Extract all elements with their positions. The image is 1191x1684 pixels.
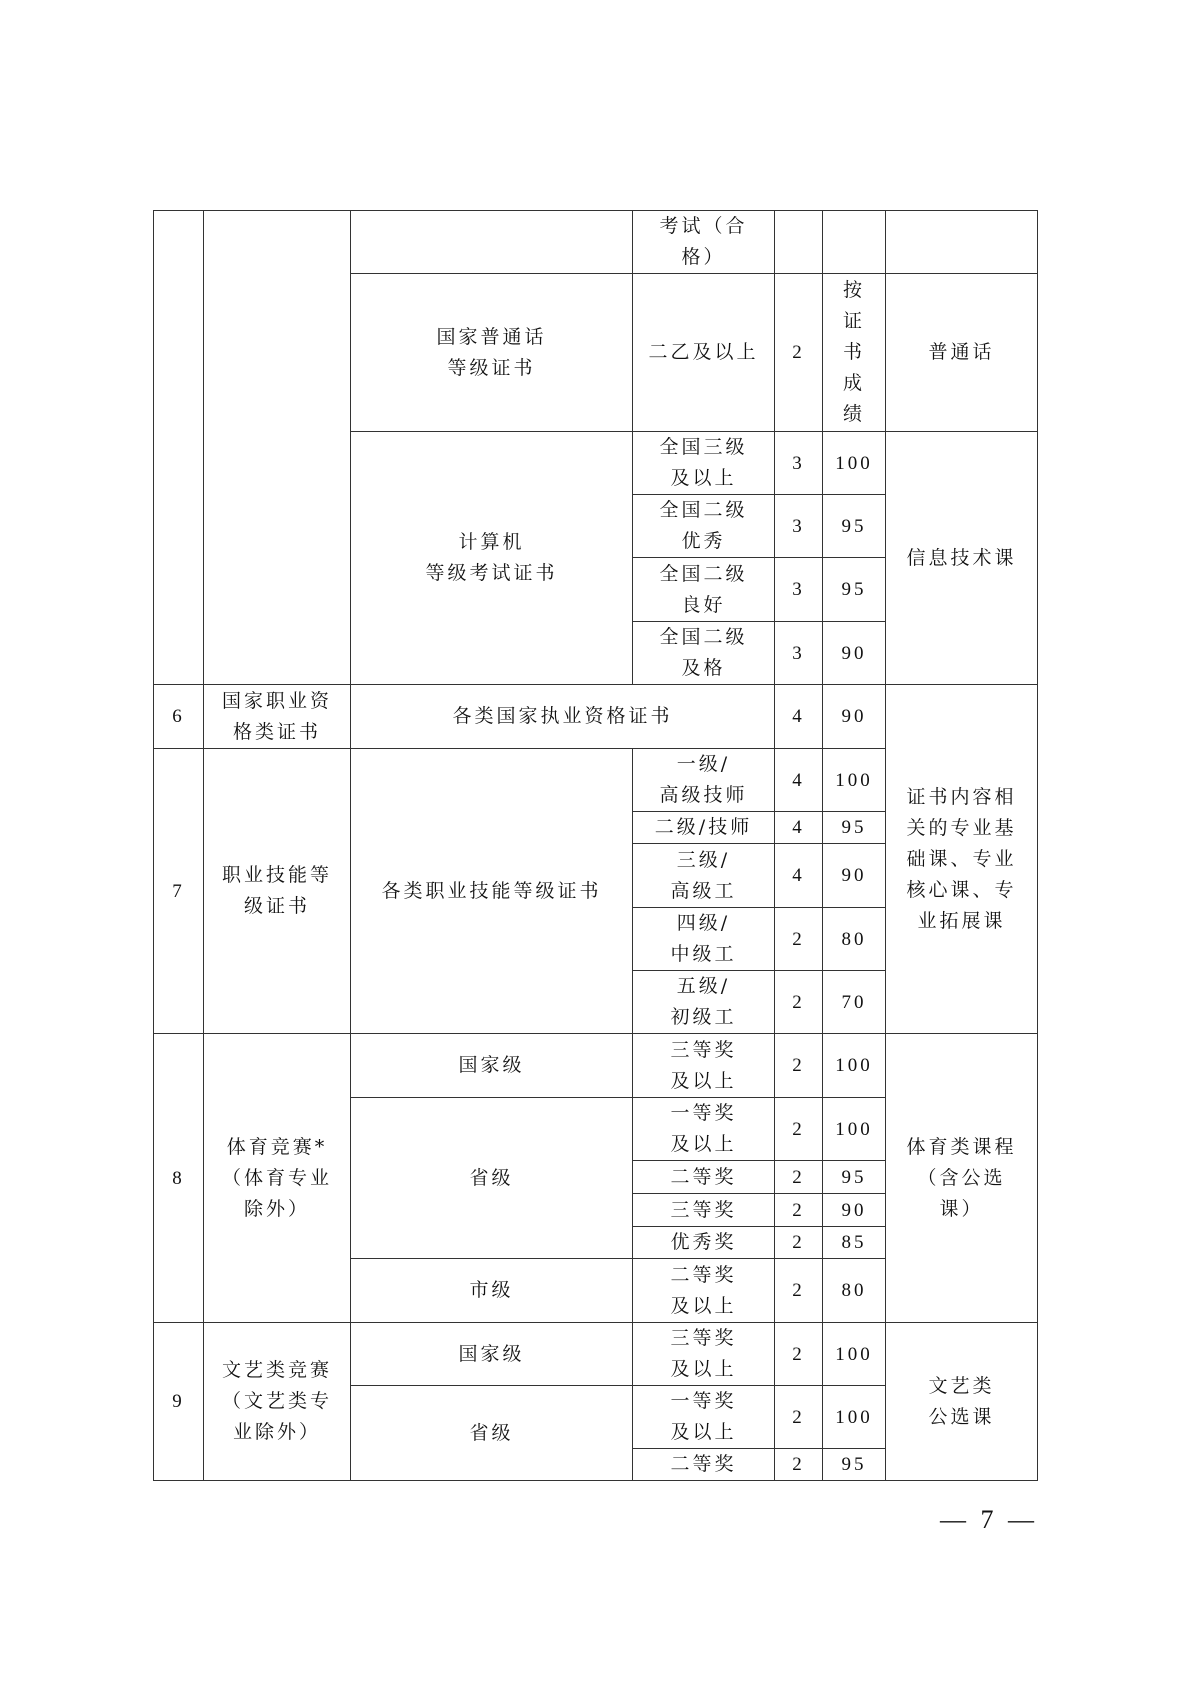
category-cell: 体育竞赛* （体育专业 除外） bbox=[204, 1034, 351, 1323]
credits-cell: 2 bbox=[775, 1098, 823, 1161]
score-cell: 100 bbox=[823, 432, 886, 495]
tier-cell: 省级 bbox=[351, 1386, 633, 1481]
row-number-cell: 7 bbox=[154, 749, 204, 1034]
award-cell: 三等奖 及以上 bbox=[633, 1323, 775, 1386]
credits-cell: 3 bbox=[775, 622, 823, 685]
award-cell: 二等奖 bbox=[633, 1161, 775, 1194]
level-cell: 全国二级 及格 bbox=[633, 622, 775, 685]
score-cell: 90 bbox=[823, 1194, 886, 1227]
score-cell: 95 bbox=[823, 495, 886, 558]
course-cell: 文艺类 公选课 bbox=[886, 1323, 1038, 1481]
score-cell: 95 bbox=[823, 812, 886, 844]
course-cell: 普通话 bbox=[886, 274, 1038, 432]
credits-cell: 4 bbox=[775, 749, 823, 812]
credits-cell: 3 bbox=[775, 432, 823, 495]
score-cell: 90 bbox=[823, 622, 886, 685]
certificate-cell: 计算机 等级考试证书 bbox=[351, 432, 633, 685]
certificate-cell: 国家普通话 等级证书 bbox=[351, 274, 633, 432]
tier-cell: 市级 bbox=[351, 1259, 633, 1323]
certificate-cell: 各类国家执业资格证书 bbox=[351, 685, 775, 749]
tier-cell: 省级 bbox=[351, 1098, 633, 1259]
level-cell: 二乙及以上 bbox=[633, 274, 775, 432]
course-cell bbox=[886, 211, 1038, 274]
credits-cell: 2 bbox=[775, 1034, 823, 1098]
category-cell: 职业技能等 级证书 bbox=[204, 749, 351, 1034]
award-cell: 优秀奖 bbox=[633, 1227, 775, 1259]
score-cell: 100 bbox=[823, 1034, 886, 1098]
credits-cell: 2 bbox=[775, 1227, 823, 1259]
credits-cell: 2 bbox=[775, 1259, 823, 1323]
tier-cell: 国家级 bbox=[351, 1323, 633, 1386]
award-cell: 三等奖 bbox=[633, 1194, 775, 1227]
credits-cell: 2 bbox=[775, 1194, 823, 1227]
course-cell: 证书内容相 关的专业基 础课、专业 核心课、专 业拓展课 bbox=[886, 685, 1038, 1034]
level-cell: 四级/ 中级工 bbox=[633, 908, 775, 971]
level-cell: 全国二级 良好 bbox=[633, 558, 775, 622]
credits-cell: 4 bbox=[775, 844, 823, 908]
row-number-cell: 9 bbox=[154, 1323, 204, 1481]
credits-cell: 3 bbox=[775, 558, 823, 622]
category-cell bbox=[204, 211, 351, 685]
credits-cell: 2 bbox=[775, 274, 823, 432]
level-cell: 全国二级 优秀 bbox=[633, 495, 775, 558]
score-cell: 95 bbox=[823, 558, 886, 622]
score-cell bbox=[823, 211, 886, 274]
score-cell: 80 bbox=[823, 908, 886, 971]
award-cell: 一等奖 及以上 bbox=[633, 1386, 775, 1449]
score-cell: 90 bbox=[823, 685, 886, 749]
certificate-cell bbox=[351, 211, 633, 274]
award-cell: 一等奖 及以上 bbox=[633, 1098, 775, 1161]
credits-cell: 2 bbox=[775, 971, 823, 1034]
row-number-cell: 8 bbox=[154, 1034, 204, 1323]
category-cell: 文艺类竞赛 （文艺类专 业除外） bbox=[204, 1323, 351, 1481]
course-cell: 体育类课程 （含公选 课） bbox=[886, 1034, 1038, 1323]
score-cell: 100 bbox=[823, 749, 886, 812]
score-cell: 100 bbox=[823, 1386, 886, 1449]
certificate-cell: 各类职业技能等级证书 bbox=[351, 749, 633, 1034]
credits-cell: 4 bbox=[775, 685, 823, 749]
level-cell: 三级/ 高级工 bbox=[633, 844, 775, 908]
award-cell: 三等奖 及以上 bbox=[633, 1034, 775, 1098]
table-row: 9 文艺类竞赛 （文艺类专 业除外） 国家级 三等奖 及以上 2 100 文艺类… bbox=[154, 1323, 1038, 1386]
level-cell: 二级/技师 bbox=[633, 812, 775, 844]
score-cell: 按 证 书 成 绩 bbox=[823, 274, 886, 432]
credits-cell: 2 bbox=[775, 1386, 823, 1449]
award-cell: 二等奖 及以上 bbox=[633, 1259, 775, 1323]
score-cell: 95 bbox=[823, 1449, 886, 1481]
course-cell: 信息技术课 bbox=[886, 432, 1038, 685]
score-cell: 70 bbox=[823, 971, 886, 1034]
row-number-cell: 6 bbox=[154, 685, 204, 749]
score-cell: 100 bbox=[823, 1323, 886, 1386]
credits-cell: 2 bbox=[775, 1323, 823, 1386]
level-cell: 全国三级 及以上 bbox=[633, 432, 775, 495]
level-cell: 五级/ 初级工 bbox=[633, 971, 775, 1034]
level-cell: 考试（合 格） bbox=[633, 211, 775, 274]
award-cell: 二等奖 bbox=[633, 1449, 775, 1481]
table-row: 考试（合 格） bbox=[154, 211, 1038, 274]
score-cell: 80 bbox=[823, 1259, 886, 1323]
table-row: 8 体育竞赛* （体育专业 除外） 国家级 三等奖 及以上 2 100 体育类课… bbox=[154, 1034, 1038, 1098]
level-cell: 一级/ 高级技师 bbox=[633, 749, 775, 812]
row-number-cell bbox=[154, 211, 204, 685]
tier-cell: 国家级 bbox=[351, 1034, 633, 1098]
credits-cell: 2 bbox=[775, 1449, 823, 1481]
score-cell: 90 bbox=[823, 844, 886, 908]
credits-cell: 3 bbox=[775, 495, 823, 558]
credits-cell: 2 bbox=[775, 1161, 823, 1194]
score-cell: 100 bbox=[823, 1098, 886, 1161]
credit-conversion-table: 考试（合 格） 国家普通话 等级证书 二乙及以上 2 按 证 书 成 绩 普通话… bbox=[153, 210, 1038, 1481]
table-row: 6 国家职业资 格类证书 各类国家执业资格证书 4 90 证书内容相 关的专业基… bbox=[154, 685, 1038, 749]
credits-cell: 2 bbox=[775, 908, 823, 971]
score-cell: 95 bbox=[823, 1161, 886, 1194]
page-number: — 7 — bbox=[939, 1505, 1039, 1535]
score-cell: 85 bbox=[823, 1227, 886, 1259]
credits-cell bbox=[775, 211, 823, 274]
category-cell: 国家职业资 格类证书 bbox=[204, 685, 351, 749]
credits-cell: 4 bbox=[775, 812, 823, 844]
